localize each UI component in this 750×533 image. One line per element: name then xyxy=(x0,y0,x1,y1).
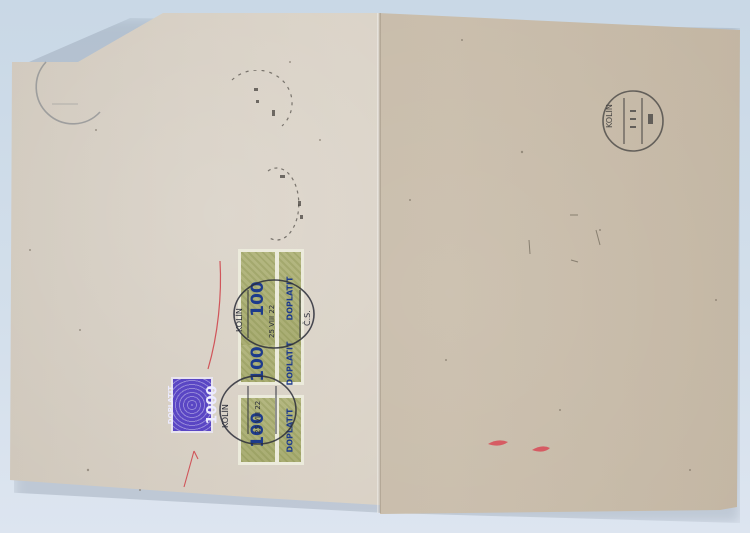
stamp-cancel-upper: KOLÍN 25 VIII 22 Č.S. xyxy=(228,276,320,352)
middle-faint-postmark xyxy=(258,165,308,245)
top-left-faint-postmark xyxy=(30,50,110,130)
top-center-faint-postmark xyxy=(222,70,297,140)
photo-scene: KOLÍN 100 DOPLATIT 100 DOPLATIT 100 DOPL… xyxy=(0,0,750,533)
cancel-code: Č.S. xyxy=(301,310,312,326)
cancel-date: 25 VIII 22 xyxy=(268,305,276,338)
right-page-postmark: KOLÍN xyxy=(592,80,674,162)
paper-fold-crease xyxy=(377,13,381,513)
cancel-date: 25 VIII 22 xyxy=(254,401,262,434)
red-pencil-marks xyxy=(180,255,240,505)
stamp-label: DOPLATIT xyxy=(168,386,176,424)
right-postmark-town: KOLÍN xyxy=(603,104,614,128)
red-ink-smudges xyxy=(480,430,560,460)
